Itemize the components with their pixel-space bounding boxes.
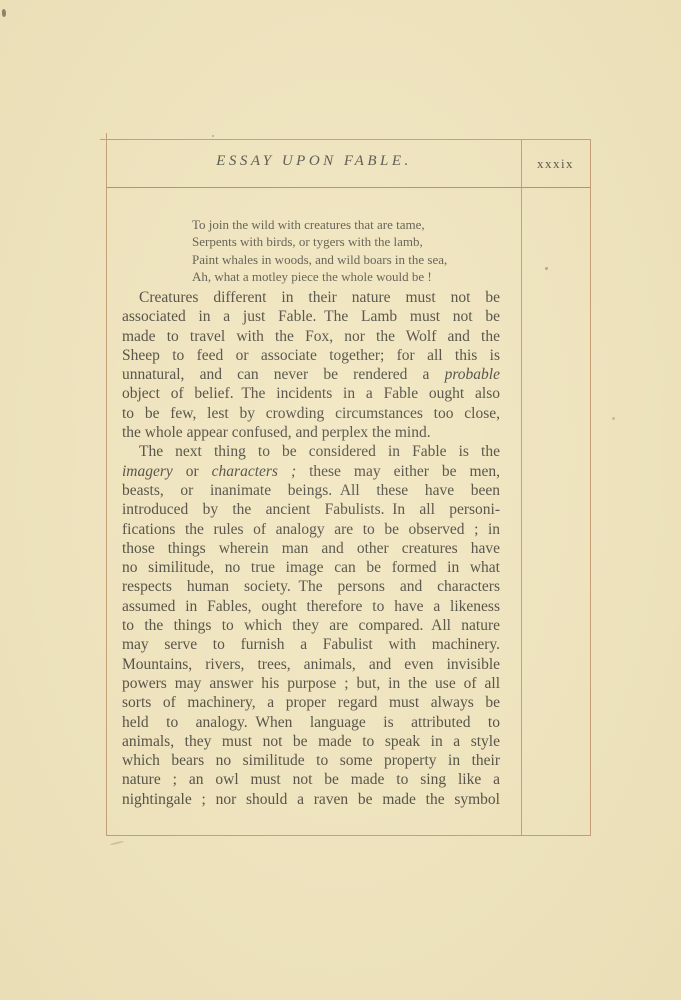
body-text: Creatures different in their nature must… [122,288,500,809]
scan-speck [110,840,124,845]
text-line: unnatural, and can never be rendered a p… [122,365,500,384]
text-line: object of belief. The incidents in a Fab… [122,384,500,403]
verse-line: To join the wild with creatures that are… [192,216,447,233]
header-rule [107,187,590,188]
margin-divider-line [521,140,522,835]
text-line: animals, they must not be made to speak … [122,732,500,751]
text-line: sorts of machinery, a proper regard must… [122,693,500,712]
verse-line: Paint whales in woods, and wild boars in… [192,251,447,268]
text-line: to be few, lest by crowding circumstance… [122,404,500,423]
scan-speck [612,417,615,420]
text-line: Creatures different in their nature must… [122,288,500,307]
text-line: held to analogy. When language is attrib… [122,713,500,732]
page-number: xxxix [521,156,590,172]
running-head-title: ESSAY UPON FABLE. [107,153,521,170]
text-line: assumed in Fables, ought therefore to ha… [122,597,500,616]
scanned-book-page: { "page": { "header": { "title": "ESSAY … [0,0,681,1000]
text-line: which bears no similitude to some proper… [122,751,500,770]
text-line: those things wherein man and other creat… [122,539,500,558]
text-line: The next thing to be considered in Fable… [122,442,500,461]
verse-quote: To join the wild with creatures that are… [192,216,447,286]
text-line: fications the rules of analogy are to be… [122,520,500,539]
scan-speck [212,135,214,137]
text-line: respects human society. The persons and … [122,577,500,596]
text-line: may serve to furnish a Fabulist with mac… [122,635,500,654]
text-line: powers may answer his purpose ; but, in … [122,674,500,693]
text-line: the whole appear confused, and perplex t… [122,423,500,442]
page-frame: ESSAY UPON FABLE. xxxix To join the wild… [106,139,591,836]
text-line: to the things to which they are compared… [122,616,500,635]
text-line: Mountains, rivers, trees, animals, and e… [122,655,500,674]
text-line: no similitude, no true image can be form… [122,558,500,577]
text-line: beasts, or inanimate beings. All these h… [122,481,500,500]
scan-speck [2,9,6,17]
text-line: imagery or characters ; these may either… [122,462,500,481]
verse-line: Ah, what a motley piece the whole would … [192,268,447,285]
text-line: nightingale ; nor should a raven be made… [122,790,500,809]
text-line: Sheep to feed or associate together; for… [122,346,500,365]
text-line: made to travel with the Fox, nor the Wol… [122,327,500,346]
text-line: nature ; an owl must not be made to sing… [122,770,500,789]
verse-line: Serpents with birds, or tygers with the … [192,233,447,250]
text-line: introduced by the ancient Fabulists. In … [122,500,500,519]
text-line: associated in a just Fable. The Lamb mus… [122,307,500,326]
